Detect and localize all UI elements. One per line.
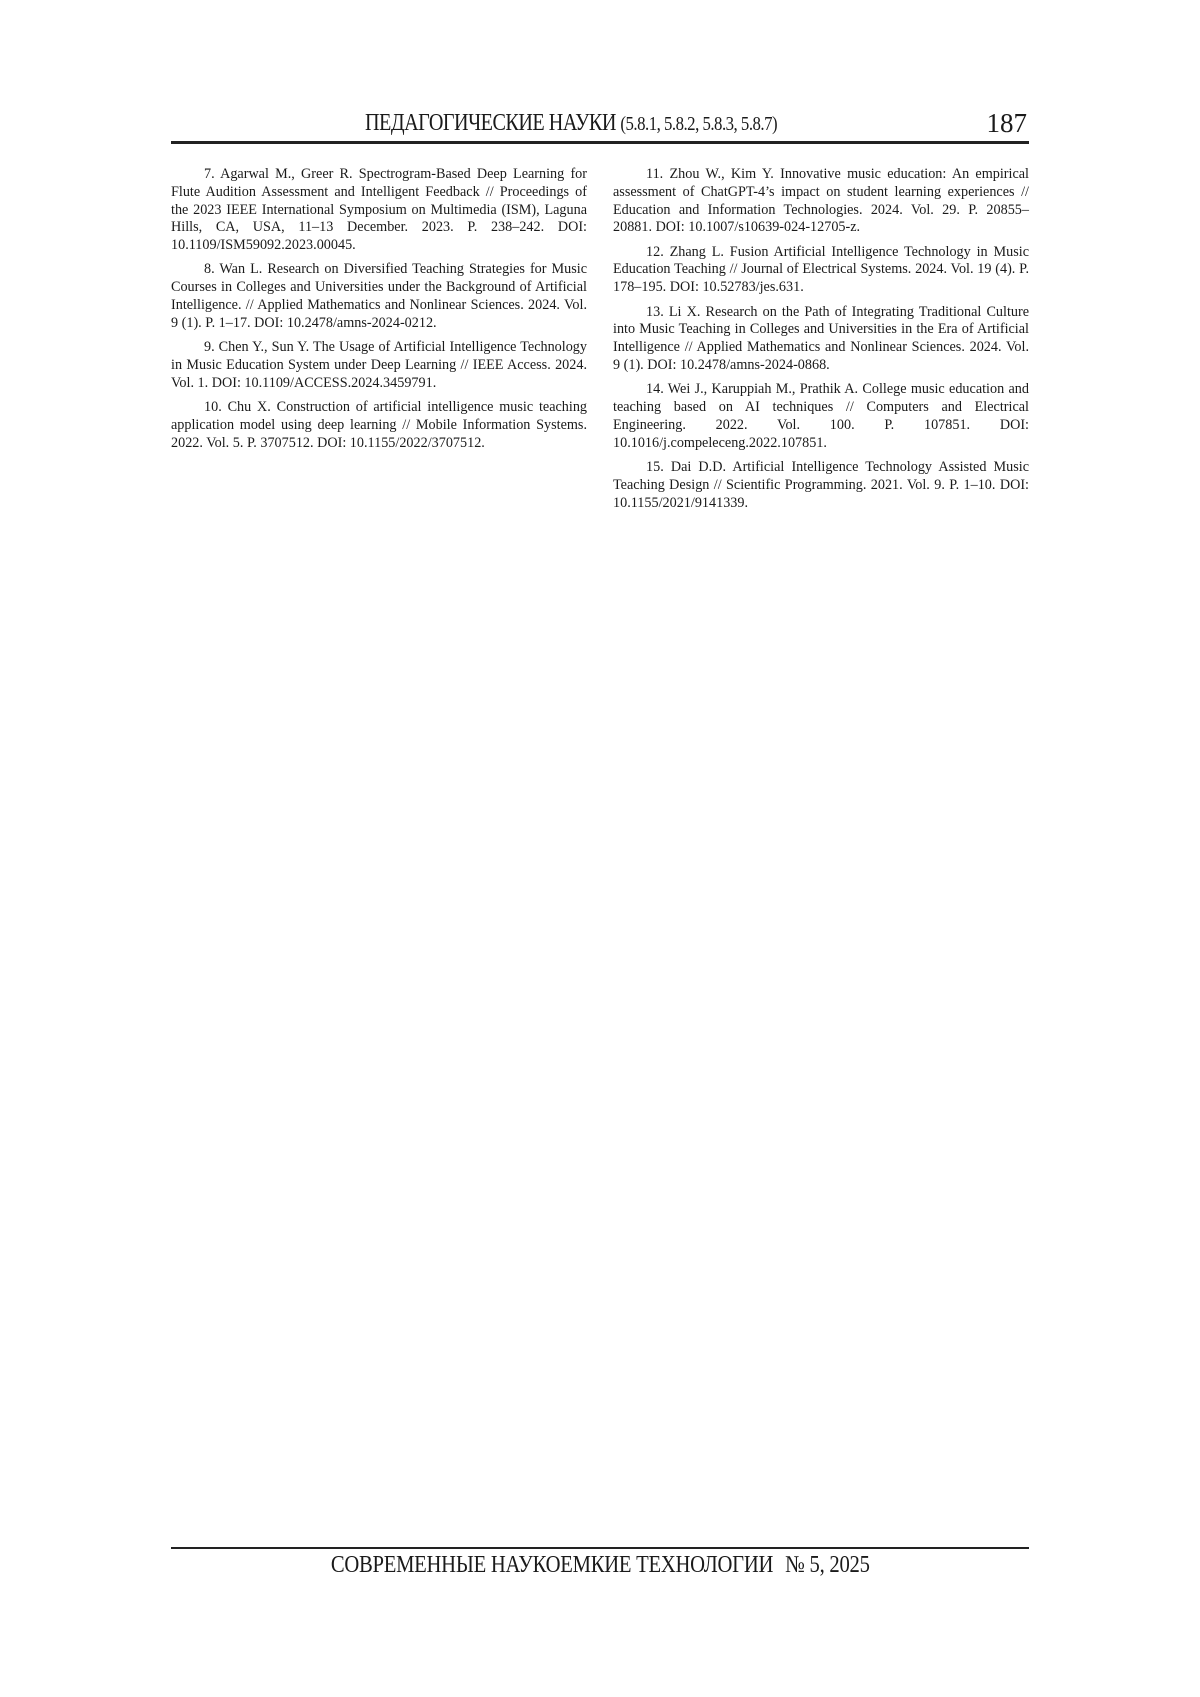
reference-item: 14. Wei J., Karuppiah M., Prathik A. Col… — [613, 381, 1029, 452]
reference-item: 13. Li X. Research on the Path of Integr… — [613, 304, 1029, 375]
reference-number: 15. — [646, 459, 664, 475]
reference-number: 12. — [646, 244, 664, 260]
reference-number: 11. — [646, 166, 663, 182]
reference-text: Wan L. Research on Diversified Teaching … — [171, 261, 587, 330]
reference-number: 8. — [204, 261, 215, 277]
reference-item: 15. Dai D.D. Artificial Intelligence Tec… — [613, 459, 1029, 512]
header-rule — [171, 141, 1029, 144]
reference-text: Agarwal M., Greer R. Spectrogram-Based D… — [171, 166, 587, 253]
section-codes: (5.8.1, 5.8.2, 5.8.3, 5.8.7) — [620, 113, 777, 135]
section-title: ПЕДАГОГИЧЕСКИЕ НАУКИ (5.8.1, 5.8.2, 5.8.… — [365, 110, 777, 137]
reference-number: 7. — [204, 166, 215, 182]
reference-item: 10. Chu X. Construction of artificial in… — [171, 399, 587, 452]
reference-number: 9. — [204, 339, 215, 355]
reference-item: 12. Zhang L. Fusion Artificial Intellige… — [613, 244, 1029, 297]
issue-number: № 5, 2025 — [785, 1552, 869, 1578]
references-column-left: 7. Agarwal M., Greer R. Spectrogram-Base… — [171, 166, 587, 459]
references-column-right: 11. Zhou W., Kim Y. Innovative music edu… — [613, 166, 1029, 519]
page-number: 187 — [987, 108, 1028, 139]
section-name: ПЕДАГОГИЧЕСКИЕ НАУКИ — [365, 110, 616, 136]
reference-text: Li X. Research on the Path of Integratin… — [613, 304, 1029, 373]
reference-number: 14. — [646, 381, 664, 397]
reference-text: Wei J., Karuppiah M., Prathik A. College… — [613, 381, 1029, 450]
reference-item: 8. Wan L. Research on Diversified Teachi… — [171, 261, 587, 332]
reference-text: Chen Y., Sun Y. The Usage of Artificial … — [171, 339, 587, 391]
reference-text: Zhang L. Fusion Artificial Intelligence … — [613, 244, 1029, 296]
reference-text: Dai D.D. Artificial Intelligence Technol… — [613, 459, 1029, 511]
reference-item: 7. Agarwal M., Greer R. Spectrogram-Base… — [171, 166, 587, 255]
reference-text: Zhou W., Kim Y. Innovative music educati… — [613, 166, 1029, 235]
reference-number: 13. — [646, 304, 664, 320]
running-footer: СОВРЕМЕННЫЕ НАУКОЕМКИЕ ТЕХНОЛОГИИ№ 5, 20… — [171, 1552, 1029, 1579]
reference-item: 9. Chen Y., Sun Y. The Usage of Artifici… — [171, 339, 587, 392]
reference-item: 11. Zhou W., Kim Y. Innovative music edu… — [613, 166, 1029, 237]
reference-text: Chu X. Construction of artificial intell… — [171, 399, 587, 451]
running-head: ПЕДАГОГИЧЕСКИЕ НАУКИ (5.8.1, 5.8.2, 5.8.… — [171, 108, 1029, 142]
journal-name: СОВРЕМЕННЫЕ НАУКОЕМКИЕ ТЕХНОЛОГИИ — [331, 1552, 773, 1578]
reference-number: 10. — [204, 399, 222, 415]
footer-rule — [171, 1547, 1029, 1549]
